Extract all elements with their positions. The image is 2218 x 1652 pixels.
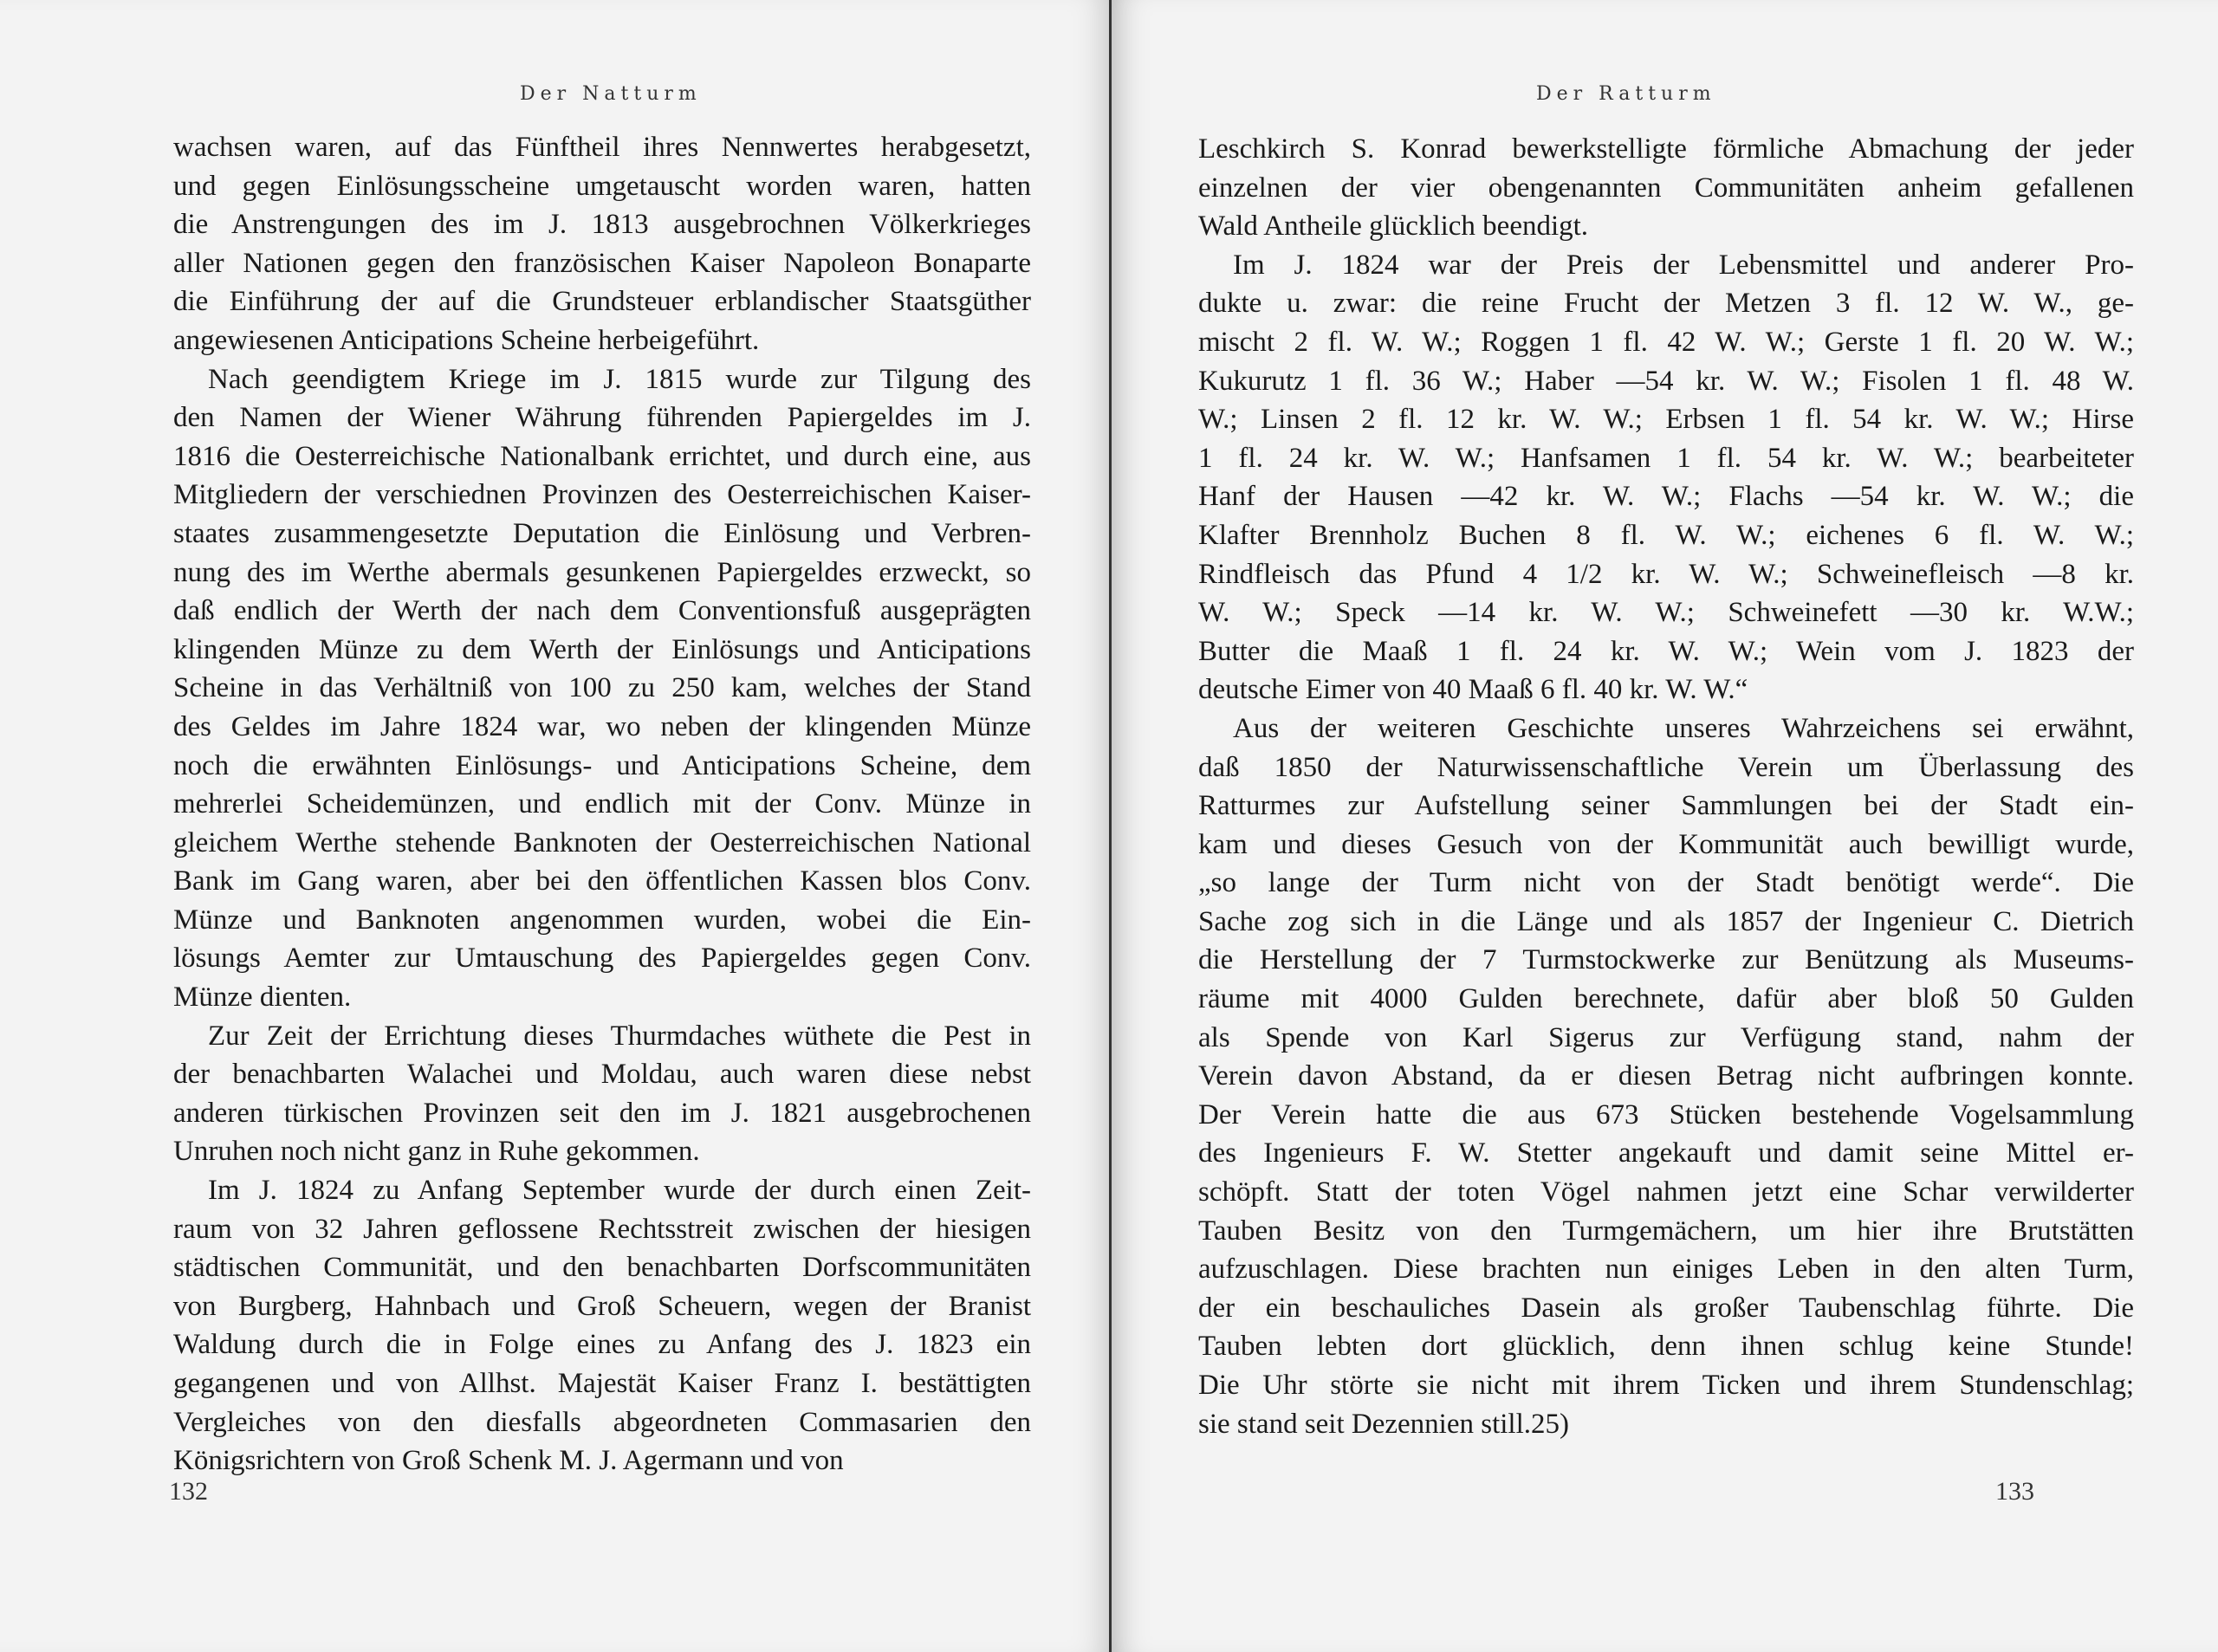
text-line: sie stand seit Dezennien still.25) (1198, 1405, 2134, 1444)
right-page: Der Ratturm Leschkirch S. Konrad bewerks… (1109, 0, 2218, 1652)
text-line: einzelnen der vier obengenannten Communi… (1198, 169, 2134, 208)
text-line: daß 1850 der Naturwissenschaftliche Vere… (1198, 748, 2134, 787)
text-line: und gegen Einlösungsscheine umgetauscht … (173, 167, 1031, 206)
text-line: der benachbarten Walachei und Moldau, au… (173, 1055, 1031, 1094)
text-line: kam und dieses Gesuch von der Kommunität… (1198, 826, 2134, 865)
text-line: Aus der weiteren Geschichte unseres Wahr… (1198, 709, 2134, 748)
text-line: Unruhen noch nicht ganz in Ruhe gekommen… (173, 1132, 1031, 1171)
text-line: Der Verein hatte die aus 673 Stücken bes… (1198, 1096, 2134, 1135)
text-line: von Burgberg, Hahnbach und Groß Scheuern… (173, 1287, 1031, 1326)
text-line: der ein beschauliches Dasein als großer … (1198, 1289, 2134, 1328)
page-body: Leschkirch S. Konrad bewerkstelligte för… (1198, 130, 2134, 1443)
text-line: gleichem Werthe stehende Banknoten der O… (173, 824, 1031, 863)
text-line: klingenden Münze zu dem Werth der Einlös… (173, 631, 1031, 670)
running-head: Der Natturm (520, 83, 702, 105)
text-line: anderen türkischen Provinzen seit den im… (173, 1094, 1031, 1133)
text-line: Vergleiches von den diesfalls abgeordnet… (173, 1403, 1031, 1442)
text-line: die Herstellung der 7 Turmstockwerke zur… (1198, 941, 2134, 980)
text-line: die Anstrengungen des im J. 1813 ausgebr… (173, 205, 1031, 244)
text-line: Leschkirch S. Konrad bewerkstelligte för… (1198, 130, 2134, 169)
text-line: lösungs Aemter zur Umtauschung des Papie… (173, 939, 1031, 978)
text-line: deutsche Eimer von 40 Maaß 6 fl. 40 kr. … (1198, 671, 2134, 709)
text-line: Zur Zeit der Errichtung dieses Thurmdach… (173, 1017, 1031, 1056)
text-line: daß endlich der Werth der nach dem Conve… (173, 592, 1031, 631)
left-page: Der Natturm wachsen waren, auf das Fünft… (0, 0, 1109, 1652)
text-line: nung des im Werthe abermals gesunkenen P… (173, 554, 1031, 593)
text-line: den Namen der Wiener Währung führenden P… (173, 398, 1031, 437)
text-line: Im J. 1824 war der Preis der Lebensmitte… (1198, 246, 2134, 285)
text-line: raum von 32 Jahren geflossene Rechtsstre… (173, 1210, 1031, 1249)
text-line: Im J. 1824 zu Anfang September wurde der… (173, 1171, 1031, 1210)
text-line: Wald Antheile glücklich beendigt. (1198, 207, 2134, 246)
text-line: Butter die Maaß 1 fl. 24 kr. W. W.; Wein… (1198, 632, 2134, 671)
text-line: Verein davon Abstand, da er diesen Betra… (1198, 1057, 2134, 1096)
text-line: staates zusammengesetzte Deputation die … (173, 515, 1031, 554)
text-line: wachsen waren, auf das Fünftheil ihres N… (173, 128, 1031, 167)
text-line: Münze dienten. (173, 978, 1031, 1017)
text-line: aller Nationen gegen den französischen K… (173, 244, 1031, 283)
text-line: noch die erwähnten Einlösungs- und Antic… (173, 747, 1031, 786)
text-line: Waldung durch die in Folge eines zu Anfa… (173, 1325, 1031, 1364)
text-line: Bank im Gang waren, aber bei den öffentl… (173, 862, 1031, 901)
text-line: mischt 2 fl. W. W.; Roggen 1 fl. 42 W. W… (1198, 323, 2134, 362)
text-line: Sache zog sich in die Länge und als 1857… (1198, 903, 2134, 942)
text-line: 1816 die Oesterreichische Nationalbank e… (173, 437, 1031, 476)
text-line: Klafter Brennholz Buchen 8 fl. W. W.; ei… (1198, 516, 2134, 555)
text-line: angewiesenen Anticipations Scheine herbe… (173, 321, 1031, 360)
text-line: städtischen Communität, und den benachba… (173, 1248, 1031, 1287)
text-line: schöpft. Statt der toten Vögel nahmen je… (1198, 1173, 2134, 1212)
text-line: dukte u. zwar: die reine Frucht der Metz… (1198, 284, 2134, 323)
text-line: Rindfleisch das Pfund 4 1/2 kr. W. W.; S… (1198, 555, 2134, 594)
page-number: 133 (1995, 1477, 2034, 1506)
text-line: gegangenen und von Allhst. Majestät Kais… (173, 1364, 1031, 1403)
text-line: Hanf der Hausen —42 kr. W. W.; Flachs —5… (1198, 477, 2134, 516)
text-line: räume mit 4000 Gulden berechnete, dafür … (1198, 980, 2134, 1019)
text-line: Ratturmes zur Aufstellung seiner Sammlun… (1198, 787, 2134, 826)
text-line: mehrerlei Scheidemünzen, und endlich mit… (173, 785, 1031, 824)
text-line: des Ingenieurs F. W. Stetter angekauft u… (1198, 1134, 2134, 1173)
page-number: 132 (169, 1477, 208, 1506)
text-line: Münze und Banknoten angenommen wurden, w… (173, 901, 1031, 940)
text-line: als Spende von Karl Sigerus zur Verfügun… (1198, 1019, 2134, 1058)
text-line: W.; Linsen 2 fl. 12 kr. W. W.; Erbsen 1 … (1198, 400, 2134, 439)
text-line: Tauben lebten dort glücklich, denn ihnen… (1198, 1327, 2134, 1366)
text-line: aufzuschlagen. Diese brachten nun einige… (1198, 1250, 2134, 1289)
text-line: 1 fl. 24 kr. W. W.; Hanfsamen 1 fl. 54 k… (1198, 439, 2134, 478)
text-line: die Einführung der auf die Grundsteuer e… (173, 282, 1031, 321)
text-line: Kukurutz 1 fl. 36 W.; Haber —54 kr. W. W… (1198, 362, 2134, 401)
text-line: Die Uhr störte sie nicht mit ihrem Ticke… (1198, 1366, 2134, 1405)
text-line: Mitgliedern der verschiednen Provinzen d… (173, 476, 1031, 515)
text-line: Tauben Besitz von den Turmgemächern, um … (1198, 1212, 2134, 1251)
text-line: Königsrichtern von Groß Schenk M. J. Age… (173, 1441, 1031, 1480)
text-line: „so lange der Turm nicht von der Stadt b… (1198, 864, 2134, 903)
text-line: des Geldes im Jahre 1824 war, wo neben d… (173, 708, 1031, 747)
text-line: W. W.; Speck —14 kr. W. W.; Schweinefett… (1198, 593, 2134, 632)
text-line: Nach geendigtem Kriege im J. 1815 wurde … (173, 360, 1031, 399)
text-line: Scheine in das Verhältniß von 100 zu 250… (173, 669, 1031, 708)
running-head: Der Ratturm (1536, 83, 1716, 105)
page-body: wachsen waren, auf das Fünftheil ihres N… (173, 128, 1031, 1480)
